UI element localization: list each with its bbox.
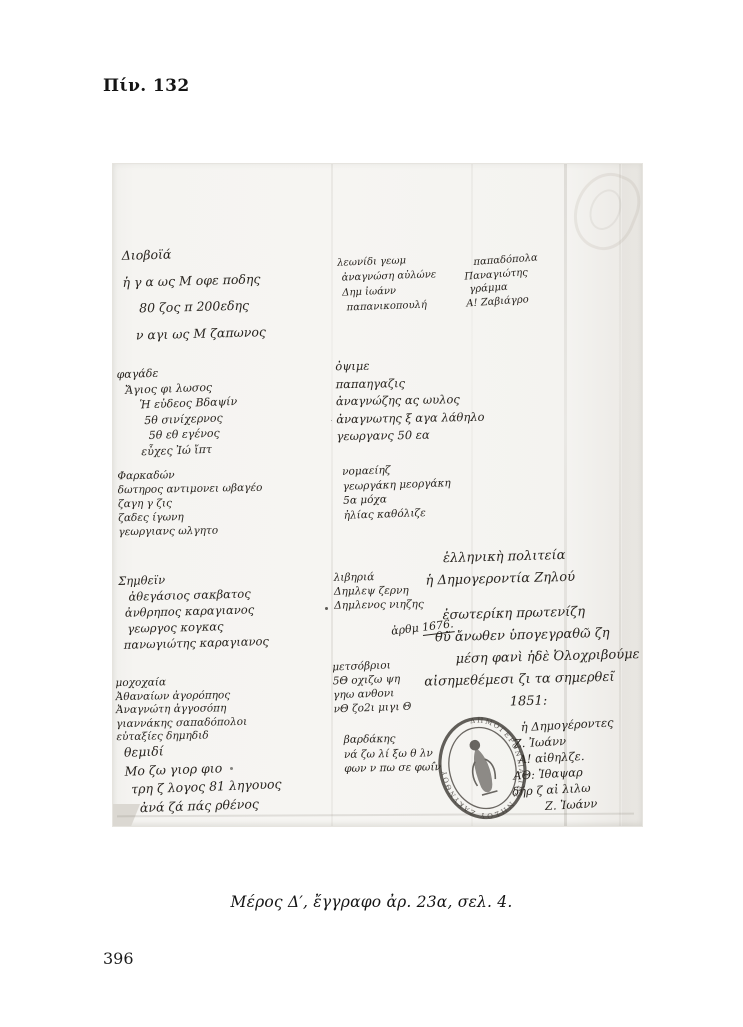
handwriting-line: φαγάδε (116, 365, 236, 380)
handwriting-line: ὀψιμε (335, 359, 483, 373)
handwriting-line: παπαδόπολα (473, 253, 538, 267)
handwriting-line: ἀναγνώζης ας ωυλος (336, 394, 484, 408)
handwriting-line: πανωγιώτης καραγιανος (124, 636, 269, 651)
handwriting-line: νά ζω λί ξω θ λν (344, 748, 441, 760)
handwriting-line: Ζ. Ἰωάνν (513, 733, 614, 750)
handwriting-line: Παναγιώτης (464, 267, 539, 282)
figure-caption: Μέρος Δ′, ἔγγραφο ἀρ. 23α, σελ. 4. (0, 893, 743, 911)
handwriting-line: ζαδες ίγωνη (118, 511, 263, 524)
handwriting-line: ἐσωτερίκη πρωτενίζη (442, 604, 638, 622)
handwriting-line: εὐταξίες δημηδιδ (116, 730, 247, 743)
page-number: 396 (103, 949, 134, 968)
manuscript-text-block: φαγάδε Ἄγιος φι λωσος Ἡ εὐδεος Βδαψίν 5θ… (116, 365, 239, 462)
handwriting-line: Ἀναγνώτη ἀγγοσόπη (116, 703, 247, 716)
handwriting-line: Σημθεϊν (118, 572, 267, 587)
handwriting-line: μετσόβριοι (332, 660, 410, 673)
handwriting-line: τρη ζ λογος 81 ληγουος (131, 778, 282, 796)
handwriting-line: γηω ανθονι (333, 688, 411, 701)
handwriting-line: 5θ εθ εγένος (149, 427, 239, 441)
handwriting-line: γεωργάκη μεοργάκη (343, 478, 451, 492)
manuscript-text-block: νομαείηζ γεωργάκη μεοργάκη 5α μόχα ἠλίας… (342, 463, 452, 525)
handwriting-line: ἡ Δημογέροντες (521, 717, 614, 733)
handwriting-line: λιβηριά (334, 571, 424, 583)
manuscript-text-block: Φαρκαδών δωτηρος αντιμονει ωβαγέο ζαγη γ… (117, 469, 263, 542)
handwriting-line: Ἄγιος φι λωσος (125, 380, 237, 395)
book-page: { "page": { "plate_label": "Πίν. 132", "… (0, 0, 743, 1027)
handwriting-line: παπαηγαζις (336, 376, 484, 390)
seal-figure (464, 738, 499, 796)
handwriting-line: ἀναγνώση αὐλώνε (342, 270, 437, 283)
handwriting-line: Ἀθαναίων ἀγορόπηος (116, 689, 247, 702)
handwriting-line: γιαννάκης σαπαδόπολοι (116, 716, 247, 729)
handwriting-line: Ζ. Ἰωάνν (545, 797, 618, 812)
manuscript-text-block: μετσόβριοι 5Θ οχιζω ψη γηω ανθονι νΘ ζο2… (332, 660, 412, 719)
handwriting-line: ἀνθρηπος καραγιανος (125, 604, 268, 619)
handwriting-line: Μο ζω γιορ φιο (124, 760, 281, 778)
paper-edge-shading (622, 164, 642, 826)
handwriting-line: 5α μόχα (343, 492, 451, 506)
handwriting-line: Φαρκαδών (117, 469, 262, 482)
handwriting-line: 5Θ οχιζω ψη (333, 674, 411, 687)
handwriting-line: ἡ Δημογεροντία Ζηλού (425, 569, 637, 588)
handwriting-line: Δημλεψ ζερνη (334, 585, 424, 597)
manuscript-text-block: θεμιδί Μο ζω γιορ φιο τρη ζ λογος 81 ληγ… (124, 741, 283, 820)
handwriting-line: εὖχες Ἰώ ἴπτ (141, 442, 239, 456)
handwriting-line: ἀθεγάσιος σακβατος (128, 588, 267, 603)
handwriting-line: γεωργιανς ωλγητο (118, 525, 263, 538)
manuscript-text-block: παπαδόπολα Παναγιώτης γράμμα Α! Ζαβιάγρο (463, 253, 541, 312)
handwriting-line: Α! αἰθηλζε. (518, 749, 615, 766)
manuscript-text-block: μοχοχαία Ἀθαναίων ἀγορόπηος Ἀναγνώτη ἀγγ… (115, 676, 247, 746)
handwriting-line: δωτηρος αντιμονει ωβαγέο (118, 483, 263, 496)
handwriting-line: Ἡ εὐδεος Βδαψίν (139, 396, 237, 410)
handwriting-line: Δημ ἰωάνν (342, 285, 437, 298)
handwriting-line: αἰσημεθέμεσι ζι τα σημερθεῖ (424, 670, 640, 689)
handwriting-line: θεμιδί (124, 741, 281, 759)
ink-specks (325, 607, 328, 610)
handwriting-line: μέση φανὶ ἠδὲ Ὀλοχριβούμε (455, 648, 639, 666)
handwriting-line: γεωργος κογκας (127, 620, 268, 635)
manuscript-text-block: λεωνίδι γεωμ ἀναγνώση αὐλώνε Δημ ἰωάνν π… (337, 255, 438, 318)
handwriting-line: ἀναγνωτης ξ αγα λάθηλο (336, 411, 484, 425)
manuscript-photo: Διοβοϊά ἡ γ α ως Μ οφε ποδης 80 ζος π 20… (112, 163, 643, 827)
plate-label: Πίν. 132 (103, 76, 190, 96)
handwriting-line: μοχοχαία (115, 676, 246, 689)
handwriting-line: λεωνίδι γεωμ (337, 255, 436, 268)
handwriting-line: ζαγη γ ζις (118, 497, 263, 510)
handwriting-line: Διοβοϊά (122, 246, 264, 262)
handwriting-line: νΘ ζο2ι μιγι Θ (334, 702, 412, 715)
manuscript-text-block: λιβηριά Δημλεψ ζερνη Δημλενος νιηζης (334, 571, 424, 615)
paper-crease (619, 164, 621, 826)
manuscript-text-block: ἑλληνικὴ πολιτεία ἡ Δημογεροντία Ζηλού ἐ… (411, 547, 641, 720)
handwriting-line: ἀνά ζά πάς ρθένος (140, 797, 283, 814)
manuscript-text-block: Διοβοϊά ἡ γ α ως Μ οφε ποδης 80 ζος π 20… (122, 246, 267, 356)
handwritten-year: 1851: (510, 692, 641, 708)
manuscript-text-block: ὀψιμε παπαηγαζις ἀναγνώζης ας ωυλος ἀναγ… (335, 359, 485, 449)
handwriting-line: φων ν πω σε φωίν (344, 762, 441, 774)
manuscript-text-block: Σημθεϊν ἀθεγάσιος σακβατος ἀνθρηπος καρα… (118, 572, 269, 656)
handwriting-line: Α! Ζαβιάγρο (466, 294, 541, 309)
handwriting-line: ἡ γ α ως Μ οφε ποδης (122, 273, 264, 289)
handwriting-line: 5θ σινίχερνος (144, 411, 238, 425)
handwriting-line: παπανικοπουλή (347, 300, 438, 313)
handwriting-line: Δημλενος νιηζης (334, 599, 424, 611)
handwriting-line: θῦ ἄνωθεν ὑπογεγραθῶ ζη (435, 626, 639, 644)
handwriting-line: νομαείηζ (342, 463, 450, 477)
handwriting-line: 80 ζος π 200εδης (139, 299, 265, 315)
handwriting-line: ἠλίας καθόλιζε (344, 507, 452, 521)
handwriting-line: γεωργανς 50 εα (336, 429, 484, 443)
handwriting-line: ν αγι ως Μ ζαπωνος (136, 326, 266, 342)
handwriting-line: ἑλληνικὴ πολιτεία (443, 547, 637, 565)
paper-crease (331, 164, 333, 826)
handwriting-line: γράμμα (469, 280, 540, 295)
